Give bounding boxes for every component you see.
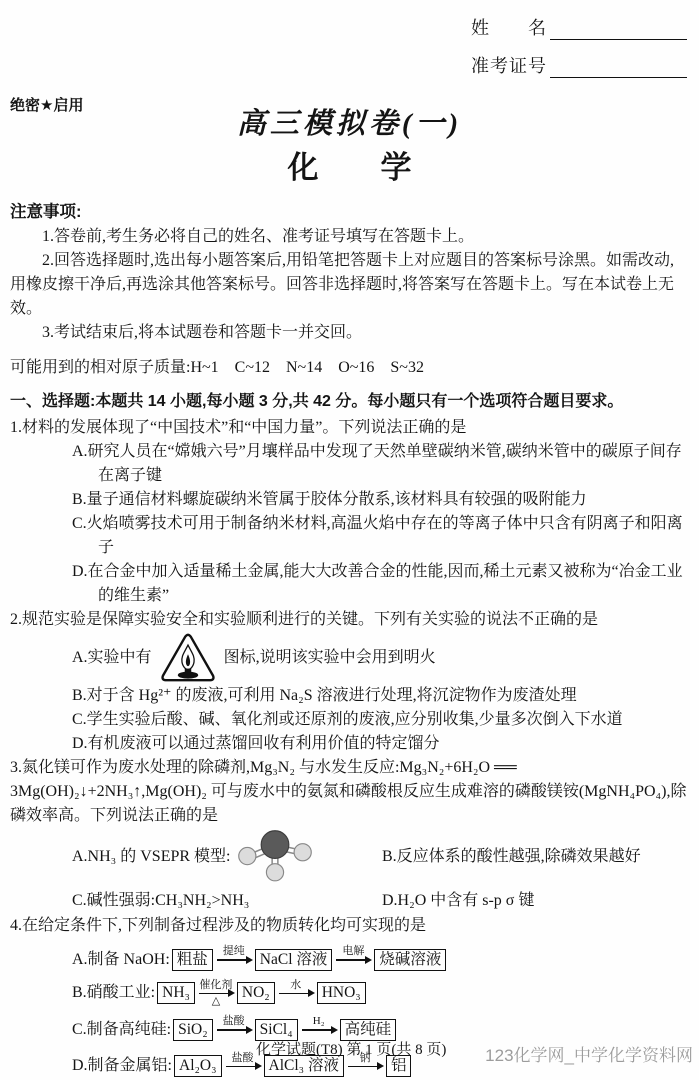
question-1-stem: 1.材料的发展体现了“中国技术”和“中国力量”。下列说法正确的是 [10, 416, 689, 440]
page-number-info: 化学试题(T8) 第 1 页(共 8 页) [256, 1038, 446, 1062]
question-3: 3.氮化镁可作为废水处理的除磷剂,Mg₃N₂ 与水发生反应:Mg₃N₂+6H₂O… [10, 756, 689, 914]
option-a-label: A.NH₃ 的 VSEPR 模型: [72, 845, 231, 869]
answer-option-b: B.硝酸工业: NH₃催化剂△NO₂水HNO₃ [72, 979, 689, 1009]
flow-substance-box: 烧碱溶液 [374, 949, 446, 971]
flowchart-naoh: 粗盐提纯NaCl 溶液电解烧碱溶液 [172, 945, 447, 975]
flow-substance-box: 粗盐 [172, 949, 213, 971]
notice-list: 1.答卷前,考生务必将自己的姓名、准考证号填写在答题卡上。2.回答选择题时,选出… [10, 225, 689, 345]
answer-option-b: B.反应体系的酸性越强,除磷效果越好 [382, 845, 641, 869]
question-3-options-row-2: C.碱性强弱:CH₃NH₂>NH₃ D.H₂O 中含有 s-p σ 键 [72, 888, 689, 914]
answer-option: B.对于含 Hg²⁺ 的废液,可利用 Na₂S 溶液进行处理,将沉淀物作为废渣处… [72, 684, 689, 708]
flow-reaction-arrow: 提纯 [217, 945, 251, 975]
flow-substance-box: SiO₂ [173, 1019, 213, 1041]
answer-option: C.火焰喷雾技术可用于制备纳米材料,高温火焰中存在的等离子体中只含有阴离子和阳离… [72, 512, 689, 560]
question-1: 1.材料的发展体现了“中国技术”和“中国力量”。下列说法正确的是 A.研究人员在… [10, 416, 689, 608]
open-flame-warning-icon [159, 633, 217, 683]
exam-id-field: 准考证号 [471, 52, 687, 78]
question-4-stem: 4.在给定条件下,下列制备过程涉及的物质转化均可实现的是 [10, 914, 689, 938]
notice-item: 3.考试结束后,将本试题卷和答题卡一并交回。 [10, 321, 689, 345]
answer-option: D.在合金中加入适量稀土金属,能大大改善合金的性能,因而,稀土元素又被称为“冶金… [72, 560, 689, 608]
flow-reaction-arrow: 电解 [336, 945, 370, 975]
vsepr-molecule-model-icon [233, 828, 317, 886]
flow-substance-box: NO₂ [237, 982, 275, 1004]
name-label: 姓 名 [471, 16, 547, 40]
paper-content: 高三模拟卷(一) 化 学 注意事项: 1.答卷前,考生务必将自己的姓名、准考证号… [0, 0, 699, 1080]
answer-option: C.学生实验后酸、碱、氧化剂或还原剂的废液,应分别收集,少量多次倒入下水道 [72, 708, 689, 732]
answer-option-d: D.H₂O 中含有 s-p σ 键 [382, 889, 534, 913]
option-c-label: C.制备高纯硅: [72, 1018, 171, 1042]
exam-id-blank-line [550, 56, 687, 78]
option-a-text-post: 图标,说明该实验中会用到明火 [224, 646, 436, 670]
flow-reaction-arrow: 催化剂△ [199, 979, 233, 1009]
answer-option: D.有机废液可以通过蒸馏回收有利用价值的特定馏分 [72, 732, 689, 756]
flow-reaction-arrow: 盐酸 [217, 1015, 251, 1045]
option-a-text-pre: A.实验中有 [72, 646, 152, 670]
flow-reaction-arrow: 水 [279, 979, 313, 1009]
answer-option-a: A.制备 NaOH: 粗盐提纯NaCl 溶液电解烧碱溶液 [72, 945, 689, 975]
secrecy-mark: 绝密★启用 [10, 94, 83, 118]
option-a-label: A.制备 NaOH: [72, 948, 170, 972]
site-watermark: 123化学网_中学化学资料网 [485, 1044, 693, 1068]
option-b-label: B.硝酸工业: [72, 981, 155, 1005]
flow-substance-box: Al₂O₃ [174, 1055, 222, 1077]
flowchart-nitric-acid: NH₃催化剂△NO₂水HNO₃ [157, 979, 366, 1009]
question-3-options-row-1: A.NH₃ 的 VSEPR 模型: B.反应体系的酸性越强,除磷效果越好 [72, 828, 689, 886]
exam-paper-page: 姓 名 准考证号 绝密★启用 高三模拟卷(一) 化 学 注意事项: 1.答卷前,… [0, 0, 699, 1080]
notice-item: 1.答卷前,考生务必将自己的姓名、准考证号填写在答题卡上。 [10, 225, 689, 249]
question-2-options: B.对于含 Hg²⁺ 的废液,可利用 Na₂S 溶液进行处理,将沉淀物作为废渣处… [72, 684, 689, 756]
answer-option-c: C.碱性强弱:CH₃NH₂>NH₃ [72, 889, 382, 913]
section-title: 一、选择题:本题共 14 小题,每小题 3 分,共 42 分。每小题只有一个选项… [10, 389, 689, 414]
question-2: 2.规范实验是保障实验安全和实验顺利进行的关键。下列有关实验的说法不正确的是 A… [10, 608, 689, 756]
question-2-stem: 2.规范实验是保障实验安全和实验顺利进行的关键。下列有关实验的说法不正确的是 [10, 608, 689, 632]
subject-title: 化 学 [10, 148, 689, 188]
flow-substance-box: HNO₃ [317, 982, 366, 1004]
answer-option-a: A.NH₃ 的 VSEPR 模型: [72, 828, 382, 886]
question-1-options: A.研究人员在“嫦娥六号”月壤样品中发现了天然单壁碳纳米管,碳纳米管中的碳原子间… [72, 440, 689, 608]
flow-reaction-arrow: 盐酸 [226, 1052, 260, 1080]
answer-option: B.量子通信材料螺旋碳纳米管属于胶体分散系,该材料具有较强的吸附能力 [72, 488, 689, 512]
name-blank-line [550, 18, 687, 40]
name-field: 姓 名 [471, 14, 687, 40]
flow-substance-box: NaCl 溶液 [255, 949, 333, 971]
answer-option: A.研究人员在“嫦娥六号”月壤样品中发现了天然单壁碳纳米管,碳纳米管中的碳原子间… [72, 440, 689, 488]
paper-title: 高三模拟卷(一) [10, 106, 689, 142]
candidate-info: 姓 名 准考证号 [471, 14, 687, 90]
question-3-stem: 3.氮化镁可作为废水处理的除磷剂,Mg₃N₂ 与水发生反应:Mg₃N₂+6H₂O… [10, 756, 689, 828]
exam-id-label: 准考证号 [471, 54, 547, 78]
flow-substance-box: NH₃ [157, 982, 195, 1004]
option-d-label: D.制备金属铝: [72, 1054, 172, 1078]
notice-item: 2.回答选择题时,选出每小题答案后,用铅笔把答题卡上对应题目的答案标号涂黑。如需… [10, 249, 689, 321]
atomic-mass-line: 可能用到的相对原子质量:H~1 C~12 N~14 O~16 S~32 [10, 356, 689, 380]
notice-title: 注意事项: [10, 200, 689, 225]
answer-option-a: A.实验中有 图标,说明该实验中会用到明火 [72, 632, 689, 684]
